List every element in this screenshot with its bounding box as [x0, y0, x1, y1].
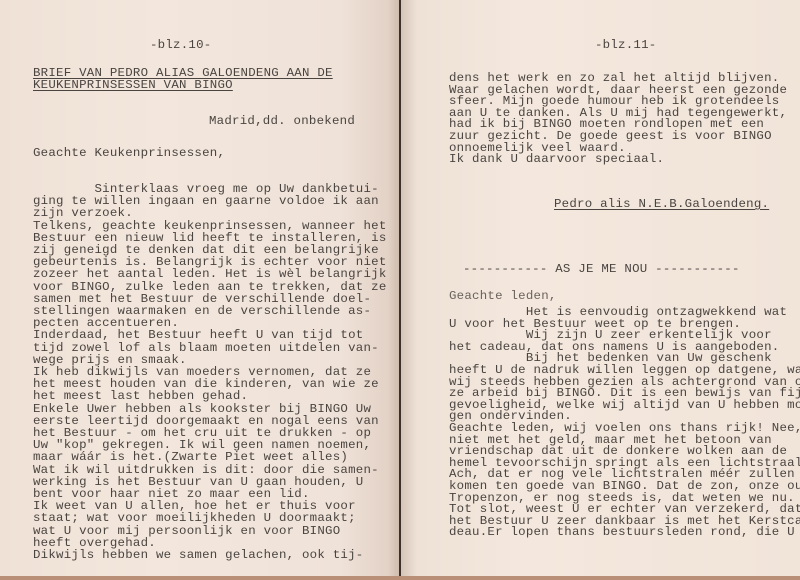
right-page: -blz.11- dens het werk en zo zal het alt…	[401, 0, 800, 580]
text-line: Dikwijls hebben we samen gelachen, ook t…	[33, 548, 363, 562]
section-heading: ----------- AS JE ME NOU -----------	[463, 262, 740, 276]
book-bottom-edge	[0, 576, 800, 580]
letter-title-line-2: KEUKENPRINSESSEN VAN BINGO	[33, 78, 233, 92]
text-line: deau.Er lopen thans bestuursleden rond, …	[449, 525, 795, 539]
salutation: Geachte leden,	[449, 289, 557, 303]
salutation: Geachte Keukenprinsessen,	[33, 146, 225, 160]
place-date: Madrid,dd. onbekend	[209, 114, 355, 128]
page-number: -blz.10-	[150, 38, 212, 52]
signature: Pedro alis N.E.B.Galoendeng.	[554, 197, 769, 211]
page-number: -blz.11-	[595, 38, 657, 52]
left-page: -blz.10- BRIEF VAN PEDRO ALIAS GALOENDEN…	[0, 0, 400, 580]
text-line: Ik dank U daarvoor speciaal.	[449, 152, 664, 166]
